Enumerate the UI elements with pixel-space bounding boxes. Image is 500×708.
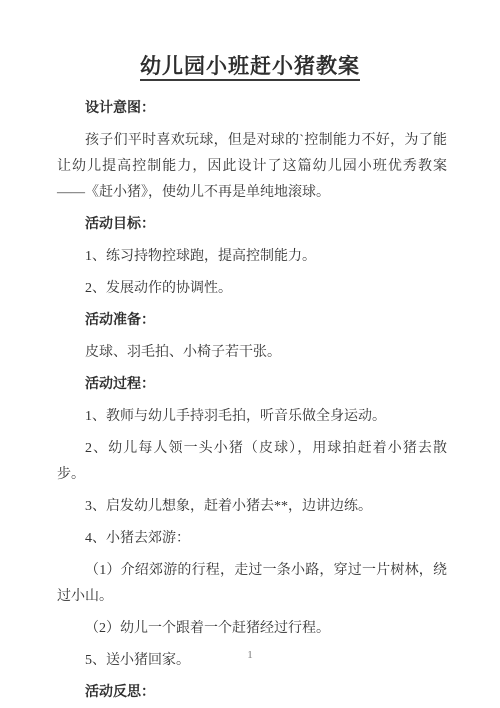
document-title-text: 幼儿园小班赶小猪教案 — [140, 55, 360, 81]
page-footer: 1 — [0, 648, 500, 662]
paragraph: 3、启发幼儿想象，赶着小猪去**，边讲边练。 — [57, 494, 447, 520]
section-heading: 设计意图： — [57, 96, 447, 122]
section-heading: 活动准备： — [57, 308, 447, 334]
section-heading: 活动目标： — [57, 212, 447, 238]
paragraph: 4、小猪去郊游： — [57, 526, 447, 552]
paragraph: （2）幼儿一个跟着一个赶猪经过行程。 — [57, 616, 447, 642]
document-body: 设计意图：孩子们平时喜欢玩球，但是对球的`控制能力不好，为了能让幼儿提高控制能力… — [57, 96, 447, 706]
document-title: 幼儿园小班赶小猪教案 — [0, 52, 500, 82]
paragraph: 孩子们平时喜欢玩球，但是对球的`控制能力不好，为了能让幼儿提高控制能力，因此设计… — [57, 128, 447, 206]
document-page: 幼儿园小班赶小猪教案 设计意图：孩子们平时喜欢玩球，但是对球的`控制能力不好，为… — [0, 0, 500, 708]
paragraph: 1、教师与幼儿手持羽毛拍，听音乐做全身运动。 — [57, 404, 447, 430]
paragraph: 1、练习持物控球跑，提高控制能力。 — [57, 244, 447, 270]
page-number: 1 — [247, 649, 253, 661]
section-heading: 活动反思： — [57, 680, 447, 706]
paragraph: 2、幼儿每人领一头小猪（皮球），用球拍赶着小猪去散步。 — [57, 436, 447, 488]
section-heading: 活动过程： — [57, 372, 447, 398]
paragraph: （1）介绍郊游的行程，走过一条小路，穿过一片树林，绕过小山。 — [57, 558, 447, 610]
paragraph: 皮球、羽毛拍、小椅子若干张。 — [57, 340, 447, 366]
paragraph: 2、发展动作的协调性。 — [57, 276, 447, 302]
